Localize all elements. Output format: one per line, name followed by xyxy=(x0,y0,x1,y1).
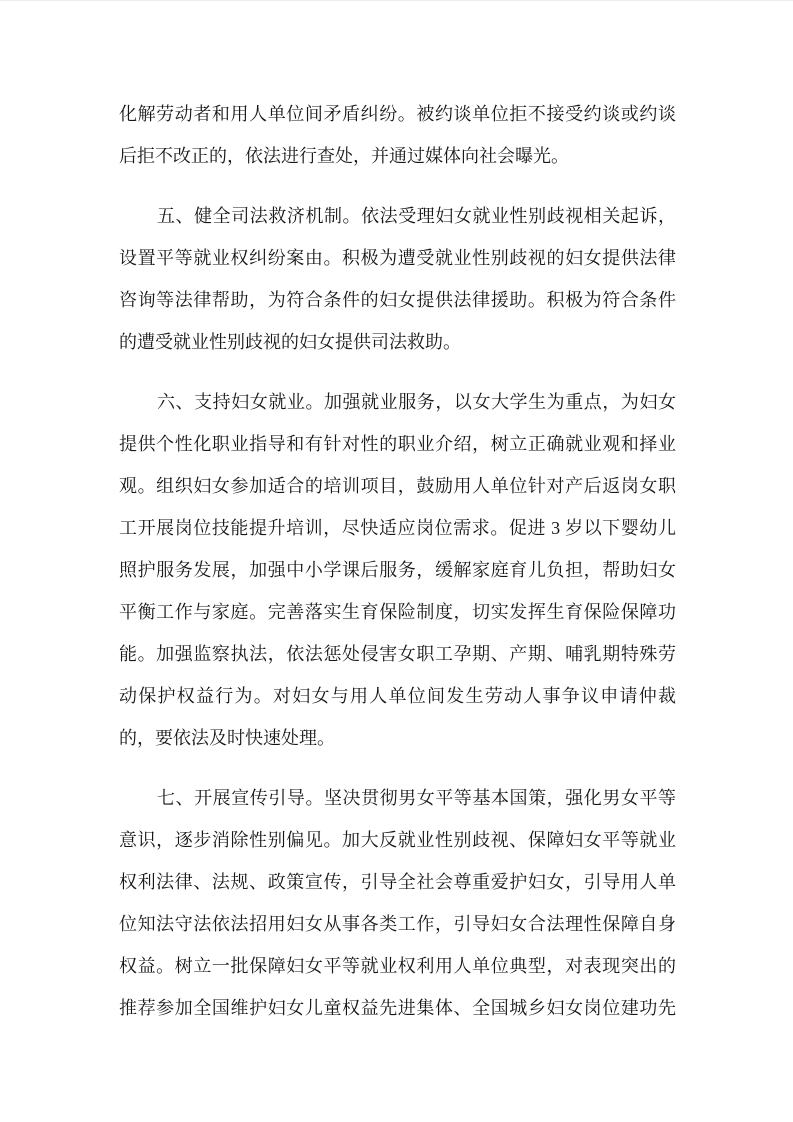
text-line: 六、支持妇女就业。加强就业服务，以女大学生为重点，为妇女 xyxy=(119,381,676,423)
text-line: 平衡工作与家庭。完善落实生育保险制度，切实发挥生育保险保障功 xyxy=(119,591,676,633)
text-line: 能。加强监察执法，依法惩处侵害女职工孕期、产期、哺乳期特殊劳 xyxy=(119,633,676,675)
paragraph: 七、开展宣传引导。坚决贯彻男女平等基本国策，强化男女平等意识，逐步消除性别偏见。… xyxy=(119,777,676,1029)
text-line: 位知法守法依法招用妇女从事各类工作，引导妇女合法理性保障自身 xyxy=(119,903,676,945)
text-line: 提供个性化职业指导和有针对性的职业介绍，树立正确就业观和择业 xyxy=(119,423,676,465)
paragraph: 化解劳动者和用人单位间矛盾纠纷。被约谈单位拒不接受约谈或约谈后拒不改正的，依法进… xyxy=(119,93,676,177)
text-line: 动保护权益行为。对妇女与用人单位间发生劳动人事争议申请仲裁 xyxy=(119,675,676,717)
text-line: 咨询等法律帮助，为符合条件的妇女提供法律援助。积极为符合条件 xyxy=(119,279,676,321)
text-line: 权益。树立一批保障妇女平等就业权利用人单位典型，对表现突出的 xyxy=(119,945,676,987)
text-line: 照护服务发展，加强中小学课后服务，缓解家庭育儿负担，帮助妇女 xyxy=(119,549,676,591)
text-line: 权利法律、法规、政策宣传，引导全社会尊重爱护妇女，引导用人单 xyxy=(119,861,676,903)
text-line: 工开展岗位技能提升培训，尽快适应岗位需求。促进 3 岁以下婴幼儿 xyxy=(119,507,676,549)
text-line: 推荐参加全国维护妇女儿童权益先进集体、全国城乡妇女岗位建功先 xyxy=(119,987,676,1029)
text-line: 的，要依法及时快速处理。 xyxy=(119,717,676,759)
text-line: 意识，逐步消除性别偏见。加大反就业性别歧视、保障妇女平等就业 xyxy=(119,819,676,861)
text-line: 五、健全司法救济机制。依法受理妇女就业性别歧视相关起诉， xyxy=(119,195,676,237)
text-line: 后拒不改正的，依法进行查处，并通过媒体向社会曝光。 xyxy=(119,135,676,177)
text-line: 七、开展宣传引导。坚决贯彻男女平等基本国策，强化男女平等 xyxy=(119,777,676,819)
text-line: 设置平等就业权纠纷案由。积极为遭受就业性别歧视的妇女提供法律 xyxy=(119,237,676,279)
text-line: 的遭受就业性别歧视的妇女提供司法救助。 xyxy=(119,321,676,363)
document-page: 化解劳动者和用人单位间矛盾纠纷。被约谈单位拒不接受约谈或约谈后拒不改正的，依法进… xyxy=(0,0,793,1122)
document-body: 化解劳动者和用人单位间矛盾纠纷。被约谈单位拒不接受约谈或约谈后拒不改正的，依法进… xyxy=(119,93,676,1029)
text-line: 观。组织妇女参加适合的培训项目，鼓励用人单位针对产后返岗女职 xyxy=(119,465,676,507)
paragraph: 五、健全司法救济机制。依法受理妇女就业性别歧视相关起诉，设置平等就业权纠纷案由。… xyxy=(119,195,676,363)
text-line: 化解劳动者和用人单位间矛盾纠纷。被约谈单位拒不接受约谈或约谈 xyxy=(119,93,676,135)
paragraph: 六、支持妇女就业。加强就业服务，以女大学生为重点，为妇女提供个性化职业指导和有针… xyxy=(119,381,676,759)
